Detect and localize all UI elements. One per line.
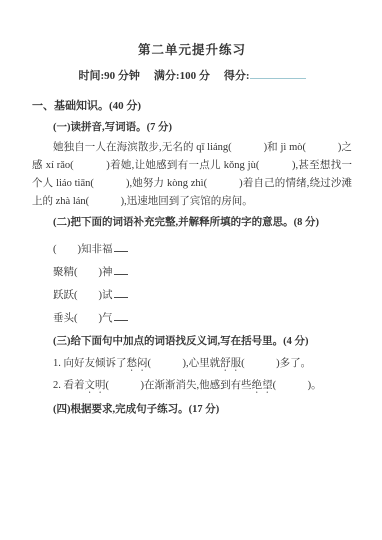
answer-blank xyxy=(114,264,128,275)
part-3-heading: (三)给下面句中加点的词语找反义词,写在括号里。(4 分) xyxy=(32,332,352,352)
pinyin-passage: 她独自一人在海滨散步,无名的 qī liáng( )和 jì mò( )之感 x… xyxy=(32,139,352,211)
idiom-item: 跃跃( )试 xyxy=(53,284,352,307)
idiom-text: 垂头( )气 xyxy=(53,313,113,324)
dotted-word: 文明 xyxy=(85,380,106,391)
score-blank-line xyxy=(250,67,306,79)
idiom-text: 聚精( )神 xyxy=(53,267,113,278)
idiom-text: ( )知非福 xyxy=(53,244,113,255)
idiom-item: 聚精( )神 xyxy=(53,261,352,284)
question-1: 1. 向好友倾诉了愁闷( ),心里就舒服( )多了。 xyxy=(32,353,352,374)
question-text: 1. 向好友倾诉了 xyxy=(53,358,127,369)
dotted-word: 绝望 xyxy=(252,380,273,391)
part-4-heading: (四)根据要求,完成句子练习。(17 分) xyxy=(32,400,352,420)
part-2-heading: (二)把下面的词语补充完整,并解释所填的字的意思。(8 分) xyxy=(32,213,352,233)
idiom-text: 跃跃( )试 xyxy=(53,290,113,301)
question-text: ( ),心里就 xyxy=(148,358,221,369)
question-text: 2. 看着 xyxy=(53,380,85,391)
question-text: ( )在渐渐消失,他感到有些 xyxy=(106,380,252,391)
score-label: 得分: xyxy=(224,70,250,82)
full-score-label: 满分:100 分 xyxy=(154,70,210,82)
page-title: 第二单元提升练习 xyxy=(32,40,352,60)
section-1-heading: 一、基础知识。(40 分) xyxy=(32,96,352,116)
question-text: ( )。 xyxy=(273,380,322,391)
exam-info-line: 时间:90 分钟满分:100 分得分: xyxy=(32,66,352,86)
dotted-word: 愁闷 xyxy=(127,358,148,369)
exam-page: 第二单元提升练习 时间:90 分钟满分:100 分得分: 一、基础知识。(40 … xyxy=(0,0,382,540)
answer-blank xyxy=(114,310,128,321)
question-text: ( )多了。 xyxy=(241,358,311,369)
answer-blank xyxy=(114,287,128,298)
dotted-word: 舒服 xyxy=(220,358,241,369)
question-2: 2. 看着文明( )在渐渐消失,他感到有些绝望( )。 xyxy=(32,375,352,396)
part-1-heading: (一)读拼音,写词语。(7 分) xyxy=(32,118,352,138)
idiom-item: 垂头( )气 xyxy=(53,307,352,330)
idiom-item: ( )知非福 xyxy=(53,238,352,261)
idiom-list: ( )知非福 聚精( )神 跃跃( )试 垂头( )气 xyxy=(32,238,352,330)
answer-blank xyxy=(114,241,128,252)
time-label: 时间:90 分钟 xyxy=(78,70,139,82)
